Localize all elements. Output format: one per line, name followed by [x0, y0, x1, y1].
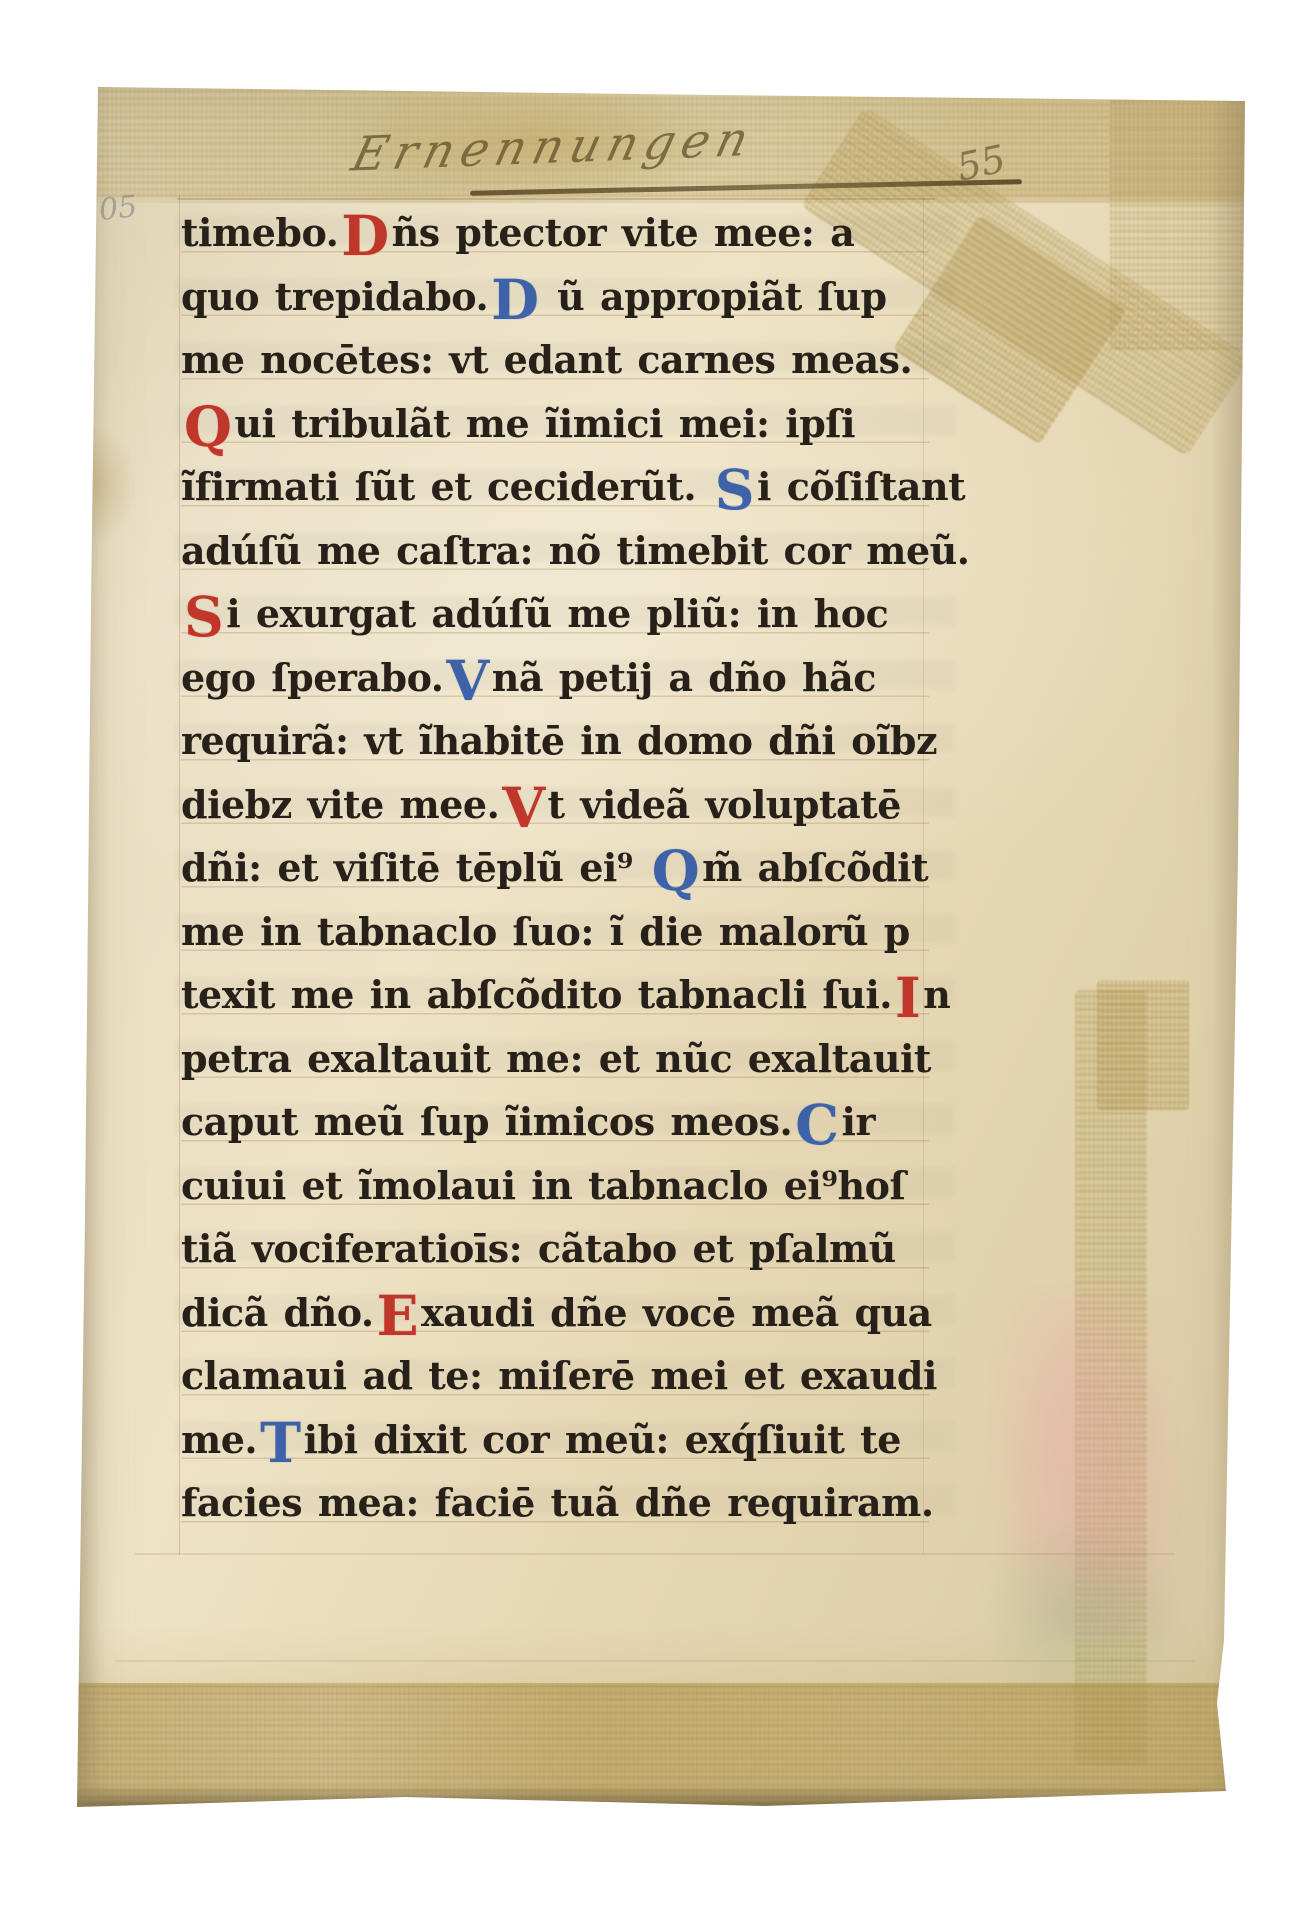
ruling-line-left	[179, 195, 180, 1555]
text-segment: t videã voluptatē	[548, 782, 901, 827]
text-line: Si exurgat adúſũ me pliũ: in hoc	[181, 582, 929, 646]
illuminated-initial-red: D	[338, 221, 391, 251]
ruling-line-lower-margin	[115, 1660, 1195, 1662]
text-segment: ĩfirmati ſũt et ceciderũt.	[181, 464, 712, 509]
text-line: dicã dño.Exaudi dñe vocē meã qua	[181, 1281, 929, 1345]
showthrough-green-foliage	[975, 1515, 1190, 1715]
text-segment: me.	[181, 1417, 257, 1462]
scan-page: 05 Ernennungen 55 timebo.Dñs ptector vit…	[0, 0, 1314, 1920]
text-segment: adúſũ me caſtra: nõ timebit cor meũ.	[181, 528, 970, 573]
text-segment: xaudi dñe vocē meã qua	[421, 1290, 932, 1335]
stain-right-margin-stripe	[1075, 990, 1147, 1765]
text-segment: i cõſiſtant	[757, 464, 965, 509]
text-segment: n	[923, 972, 950, 1017]
ruling-line-top	[177, 198, 935, 200]
text-line: petra exaltauit me: et nũc exaltauit	[181, 1027, 929, 1091]
text-line: ĩfirmati ſũt et ceciderũt. Si cõſiſtant	[181, 455, 929, 519]
stain-top-right-corner	[1110, 85, 1247, 350]
text-line: me in tabnaclo ſuo: ĩ die malorũ p	[181, 900, 929, 964]
text-line: diebz vite mee.Vt videã voluptatē	[181, 773, 929, 837]
text-block: timebo.Dñs ptector vite mee: aquo trepid…	[181, 201, 929, 1535]
illuminated-initial-red: I	[892, 983, 923, 1013]
text-line: me nocētes: vt edant carnes meas.	[181, 328, 929, 392]
text-segment: diebz vite mee.	[181, 782, 499, 827]
illuminated-initial-red: V	[499, 793, 547, 823]
text-segment: me nocētes: vt edant carnes meas.	[181, 337, 912, 382]
text-segment: ui tribulãt me ĩimici mei: ipſi	[234, 401, 855, 446]
text-line: requirã: vt ĩhabitē in domo dñi oĩbz	[181, 709, 929, 773]
illuminated-initial-blue: S	[712, 475, 757, 505]
text-segment: ego ſperabo.	[181, 655, 444, 700]
illuminated-initial-blue: V	[444, 666, 492, 696]
pencil-mark: 05	[97, 189, 139, 228]
text-line: timebo.Dñs ptector vite mee: a	[181, 201, 929, 265]
text-segment: ibi dixit cor meũ: exq́ſiuit te	[304, 1417, 901, 1462]
text-segment: tiã vociferatioīs: cãtabo et pſalmũ	[181, 1226, 896, 1271]
illuminated-initial-blue: D	[488, 285, 541, 315]
stain-bottom-soft	[75, 1625, 1247, 1695]
text-segment: nã petij a dño hãc	[492, 655, 876, 700]
text-segment: dicã dño.	[181, 1290, 374, 1335]
text-line: facies mea: faciē tuã dñe requiram.	[181, 1471, 929, 1535]
stain-bottom-offset-texture	[75, 1683, 1247, 1805]
inscription-underline	[470, 179, 1022, 196]
text-line: quo trepidabo.D ũ appropiãt ſup	[181, 265, 929, 329]
text-segment: me in tabnaclo ſuo: ĩ die malorũ p	[181, 909, 910, 954]
text-line: Qui tribulãt me ĩimici mei: ipſi	[181, 392, 929, 456]
illuminated-initial-red: Q	[181, 412, 234, 442]
stain-right-margin-patch	[1097, 980, 1189, 1110]
illuminated-initial-blue: Q	[649, 856, 702, 886]
text-line: texit me in abſcõdito tabnacli ſui.In	[181, 963, 929, 1027]
text-segment: m̃ abſcõdit	[702, 845, 928, 890]
text-line: tiã vociferatioīs: cãtabo et pſalmũ	[181, 1217, 929, 1281]
text-segment: facies mea: faciē tuã dñe requiram.	[181, 1480, 934, 1525]
showthrough-pink-initial	[990, 1290, 1185, 1640]
text-segment: clamaui ad te: miſerē mei et exaudi	[181, 1353, 937, 1398]
stain-bottom-band	[75, 1683, 1247, 1808]
text-line: ego ſperabo.Vnã petij a dño hãc	[181, 646, 929, 710]
text-line: clamaui ad te: miſerē mei et exaudi	[181, 1344, 929, 1408]
text-segment: caput meũ ſup ĩimicos meos.	[181, 1099, 792, 1144]
text-line: adúſũ me caſtra: nõ timebit cor meũ.	[181, 519, 929, 583]
text-segment: timebo.	[181, 210, 338, 255]
right-edge-shade	[1211, 85, 1247, 1815]
text-line: me.Tibi dixit cor meũ: exq́ſiuit te	[181, 1408, 929, 1472]
ink-inscription: Ernennungen	[346, 102, 999, 182]
text-segment: texit me in abſcõdito tabnacli ſui.	[181, 972, 892, 1017]
illuminated-initial-blue: T	[257, 1428, 303, 1458]
illuminated-initial-red: S	[181, 602, 226, 632]
text-line: dñi: et viſitē tēplũ ei⁹ Qm̃ abſcõdit	[181, 836, 929, 900]
text-segment: ir	[842, 1099, 875, 1144]
text-segment: ũ appropiãt ſup	[541, 274, 886, 319]
illuminated-initial-red: E	[374, 1301, 421, 1331]
illuminated-initial-blue: C	[792, 1110, 841, 1140]
text-segment: cuiui et ĩmolaui in tabnaclo ei⁹hoſ	[181, 1163, 905, 1208]
text-segment: quo trepidabo.	[181, 274, 488, 319]
text-segment: requirã: vt ĩhabitē in domo dñi oĩbz	[181, 718, 937, 763]
text-line: caput meũ ſup ĩimicos meos.Cir	[181, 1090, 929, 1154]
text-segment: dñi: et viſitē tēplũ ei⁹	[181, 845, 649, 890]
text-segment: i exurgat adúſũ me pliũ: in hoc	[226, 591, 888, 636]
text-segment: ñs ptector vite mee: a	[392, 210, 855, 255]
bottom-edge-shade	[75, 1785, 1247, 1807]
ruling-line-bottom	[135, 1553, 1175, 1555]
stain-left-edge-blotch	[75, 425, 135, 545]
text-segment: petra exaltauit me: et nũc exaltauit	[181, 1036, 931, 1081]
text-line: cuiui et ĩmolaui in tabnaclo ei⁹hoſ	[181, 1154, 929, 1218]
manuscript-leaf: 05 Ernennungen 55 timebo.Dñs ptector vit…	[75, 85, 1247, 1815]
left-edge-shade	[75, 85, 111, 1815]
